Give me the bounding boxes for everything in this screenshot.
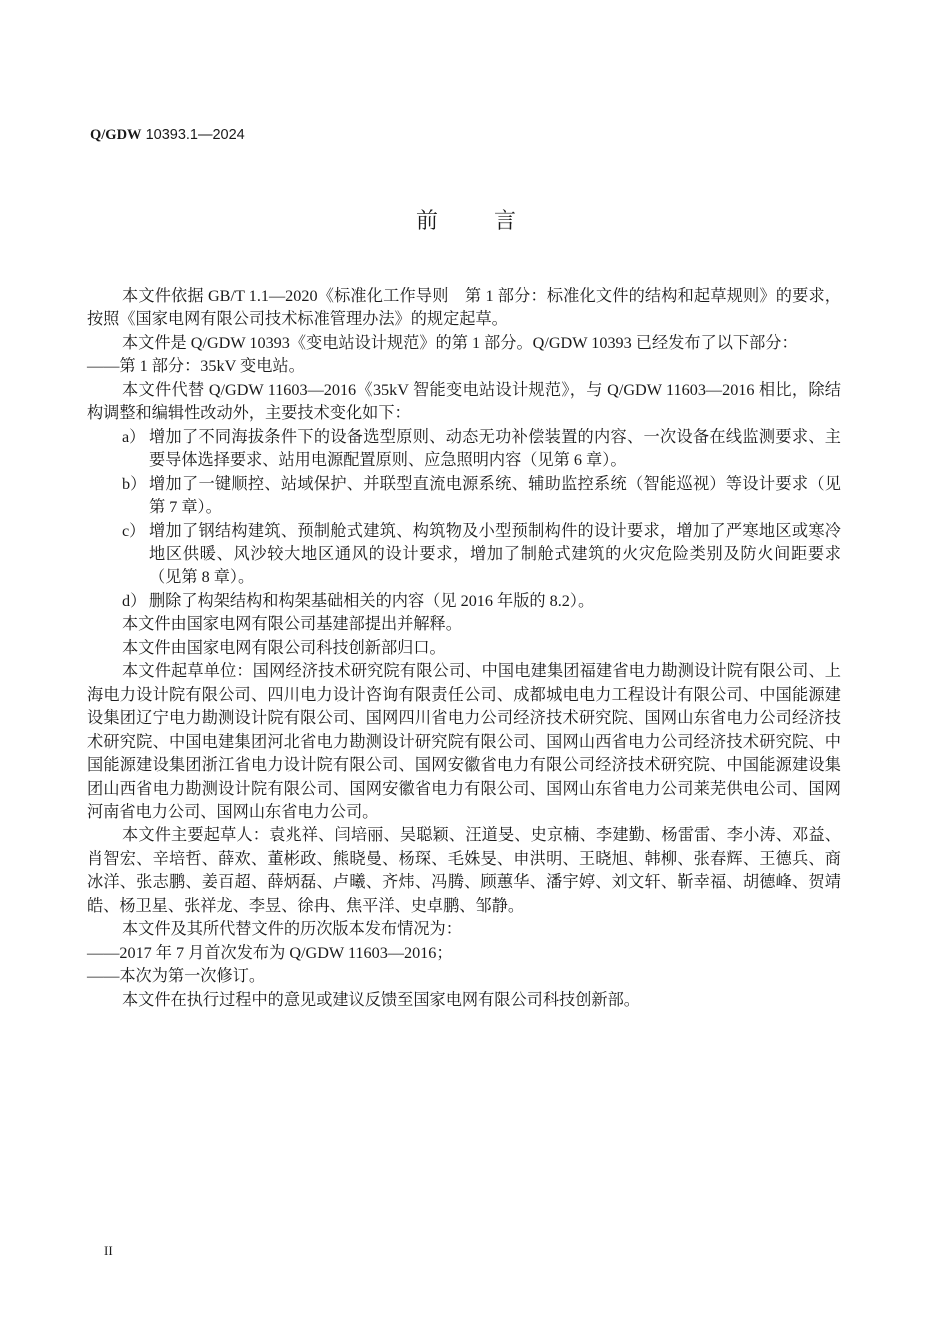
paragraph-feedback: 本文件在执行过程中的意见或建议反馈至国家电网有限公司科技创新部。 bbox=[87, 989, 841, 1012]
paragraph-part-of: 本文件是 Q/GDW 10393《变电站设计规范》的第 1 部分。Q/GDW 1… bbox=[87, 332, 841, 355]
paragraph-drafting-units: 本文件起草单位：国网经济技术研究院有限公司、中国电建集团福建省电力勘测设计院有限… bbox=[87, 660, 841, 824]
list-marker: a） bbox=[122, 426, 145, 449]
document-page: Q/GDW10393.1—2024 前言 本文件依据 GB/T 1.1—2020… bbox=[0, 0, 950, 1344]
paragraph-proposed-by: 本文件由国家电网有限公司基建部提出并解释。 bbox=[87, 613, 841, 636]
document-code: Q/GDW10393.1—2024 bbox=[90, 126, 245, 144]
paragraph-replaces: 本文件代替 Q/GDW 11603—2016《35kV 智能变电站设计规范》，与… bbox=[87, 379, 841, 426]
paragraph-basis: 本文件依据 GB/T 1.1—2020《标准化工作导则 第 1 部分：标准化文件… bbox=[87, 285, 841, 332]
change-item-b: b） 增加了一键顺控、站域保护、并联型直流电源系统、辅助监控系统（智能巡视）等设… bbox=[87, 473, 841, 520]
history-list-item: ——2017 年 7 月首次发布为 Q/GDW 11603—2016； bbox=[87, 942, 841, 965]
change-text: 增加了一键顺控、站域保护、并联型直流电源系统、辅助监控系统（智能巡视）等设计要求… bbox=[149, 475, 841, 516]
foreword-body: 本文件依据 GB/T 1.1—2020《标准化工作导则 第 1 部分：标准化文件… bbox=[87, 285, 841, 1012]
change-text: 增加了不同海拔条件下的设备选型原则、动态无功补偿装置的内容、一次设备在线监测要求… bbox=[149, 428, 841, 469]
document-code-prefix: Q/GDW bbox=[90, 127, 142, 143]
change-text: 增加了钢结构建筑、预制舱式建筑、构筑物及小型预制构件的设计要求，增加了严寒地区或… bbox=[149, 522, 841, 587]
title-char-2: 言 bbox=[494, 208, 516, 236]
change-item-a: a） 增加了不同海拔条件下的设备选型原则、动态无功补偿装置的内容、一次设备在线监… bbox=[87, 426, 841, 473]
part-list-item: ——第 1 部分：35kV 变电站。 bbox=[87, 355, 841, 378]
history-list-item: ——本次为第一次修订。 bbox=[87, 965, 841, 988]
page-title: 前言 bbox=[0, 208, 932, 236]
list-marker: b） bbox=[122, 473, 146, 496]
document-code-number: 10393.1—2024 bbox=[146, 127, 245, 143]
change-text: 删除了构架结构和构架基础相关的内容（见 2016 年版的 8.2）。 bbox=[149, 592, 594, 610]
title-char-1: 前 bbox=[416, 208, 438, 236]
list-marker: c） bbox=[122, 520, 145, 543]
change-item-c: c） 增加了钢结构建筑、预制舱式建筑、构筑物及小型预制构件的设计要求，增加了严寒… bbox=[87, 520, 841, 590]
paragraph-drafters: 本文件主要起草人：袁兆祥、闫培丽、吴聪颖、汪道旻、史京楠、李建勤、杨雷雷、李小涛… bbox=[87, 824, 841, 918]
list-marker: d） bbox=[122, 590, 146, 613]
change-item-d: d） 删除了构架结构和构架基础相关的内容（见 2016 年版的 8.2）。 bbox=[87, 590, 841, 613]
page-number: II bbox=[104, 1243, 113, 1259]
paragraph-history-intro: 本文件及其所代替文件的历次版本发布情况为： bbox=[87, 918, 841, 941]
paragraph-managed-by: 本文件由国家电网有限公司科技创新部归口。 bbox=[87, 637, 841, 660]
